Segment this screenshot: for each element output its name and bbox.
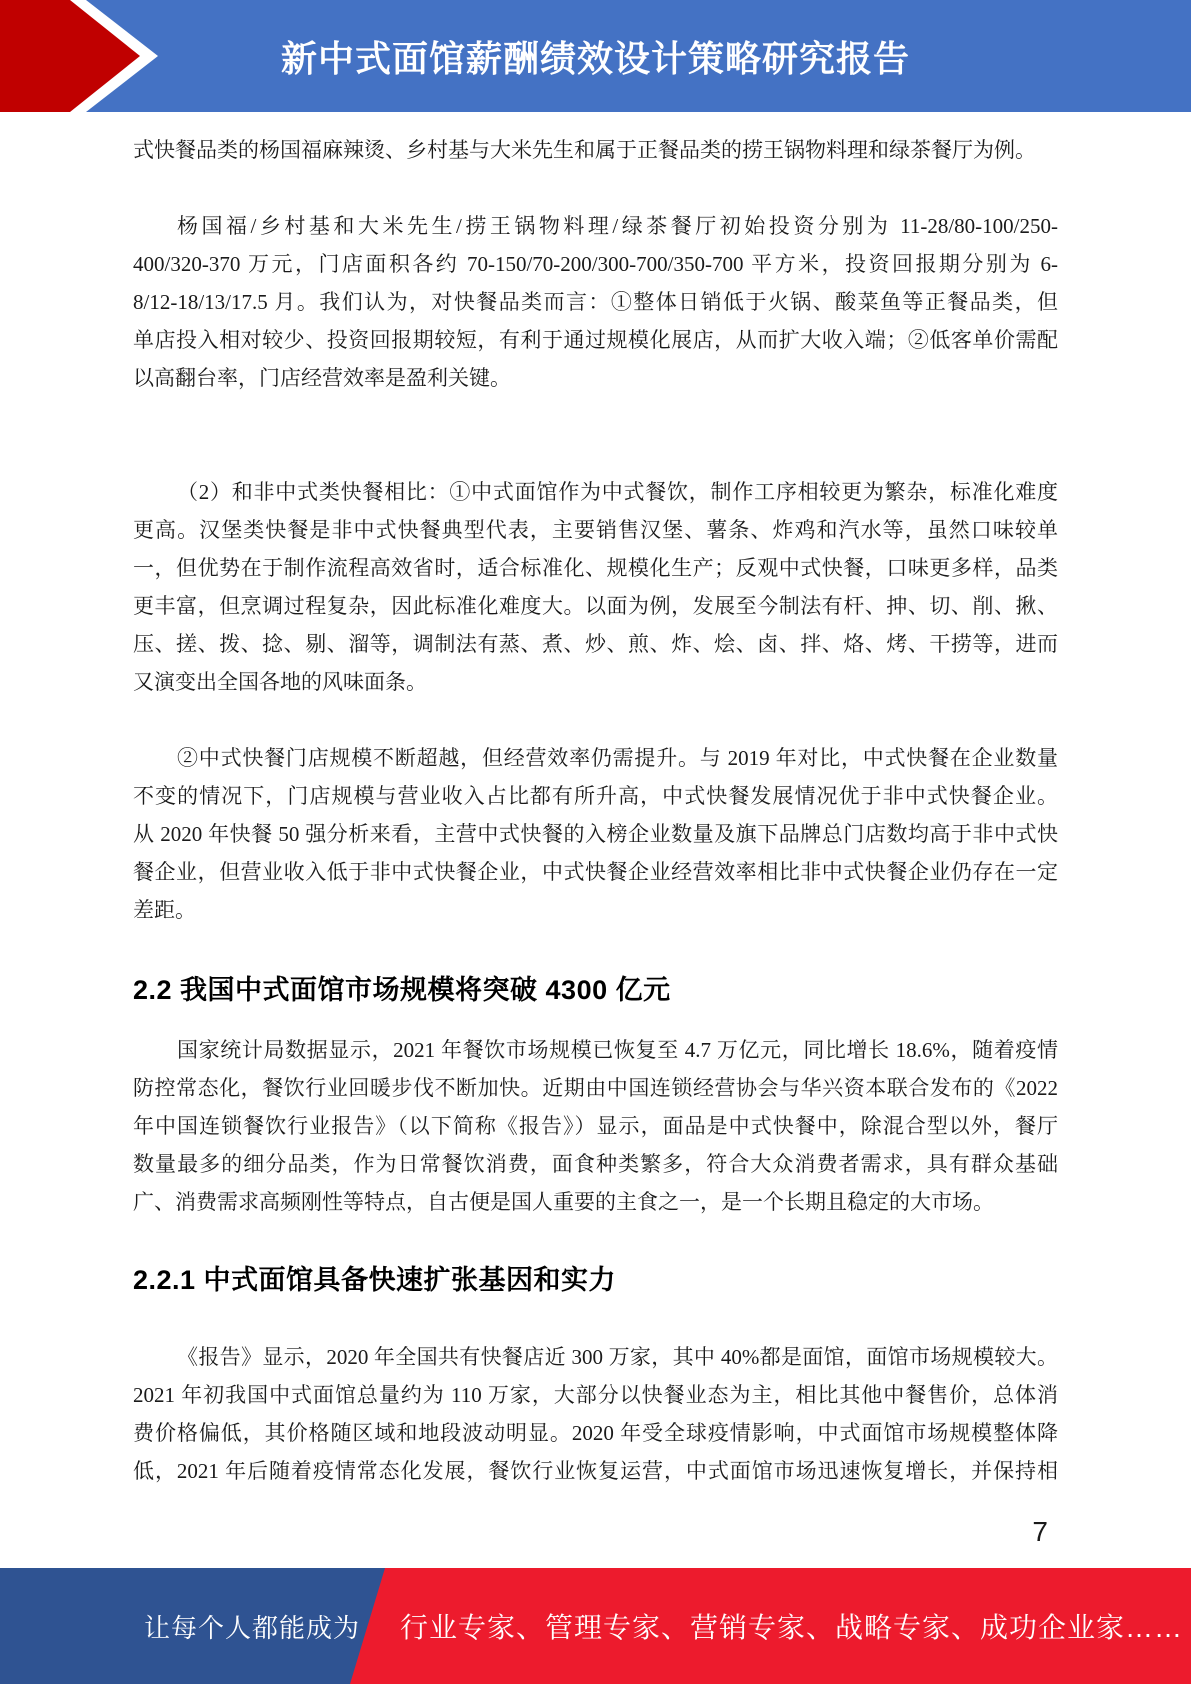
text-line: 以高翻台率，门店经营效率是盈利关键。 — [133, 359, 1058, 397]
text-line: 《报告》显示，2020 年全国共有快餐店近 300 万家，其中 40%都是面馆，… — [133, 1338, 1058, 1376]
text-line: 式快餐品类的杨国福麻辣烫、乡村基与大米先生和属于正餐品类的捞王锅物料理和绿茶餐厅… — [133, 131, 1058, 169]
text-line: 更高。汉堡类快餐是非中式快餐典型代表，主要销售汉堡、薯条、炸鸡和汽水等，虽然口味… — [133, 511, 1058, 549]
section-heading: 2.2.1 中式面馆具备快速扩张基因和实力 — [133, 1258, 1058, 1302]
text-line: 从 2020 年快餐 50 强分析来看，主营中式快餐的入榜企业数量及旗下品牌总门… — [133, 815, 1058, 853]
footer-left-text: 让每个人都能成为 — [144, 1568, 360, 1684]
text-line: 400/320-370 万元，门店面积各约 70-150/70-200/300-… — [133, 245, 1058, 283]
text-line: 数量最多的细分品类，作为日常餐饮消费，面食种类繁多，符合大众消费者需求，具有群众… — [133, 1145, 1058, 1183]
text-line: 餐企业，但营业收入低于非中式快餐企业，中式快餐企业经营效率相比非中式快餐企业仍存… — [133, 853, 1058, 891]
text-line: （2）和非中式类快餐相比：①中式面馆作为中式餐饮，制作工序相较更为繁杂，标准化难… — [133, 473, 1058, 511]
text-line: 年中国连锁餐饮行业报告》（以下简称《报告》）显示，面品是中式快餐中，除混合型以外… — [133, 1107, 1058, 1145]
text-line: 2021 年初我国中式面馆总量约为 110 万家，大部分以快餐业态为主，相比其他… — [133, 1376, 1058, 1414]
paragraph: 式快餐品类的杨国福麻辣烫、乡村基与大米先生和属于正餐品类的捞王锅物料理和绿茶餐厅… — [133, 131, 1058, 169]
text-line: 杨国福/乡村基和大米先生/捞王锅物料理/绿茶餐厅初始投资分别为 11-28/80… — [133, 207, 1058, 245]
text-line: 单店投入相对较少、投资回报期较短，有利于通过规模化展店，从而扩大收入端；②低客单… — [133, 321, 1058, 359]
text-line: 8/12-18/13/17.5 月。我们认为，对快餐品类而言：①整体日销低于火锅… — [133, 283, 1058, 321]
paragraph: 《报告》显示，2020 年全国共有快餐店近 300 万家，其中 40%都是面馆，… — [133, 1338, 1058, 1490]
text-line: 费价格偏低，其价格随区域和地段波动明显。2020 年受全球疫情影响，中式面馆市场… — [133, 1414, 1058, 1452]
text-line: 压、搓、拨、捻、剔、溜等，调制法有蒸、煮、炒、煎、炸、烩、卤、拌、烙、烤、干捞等… — [133, 625, 1058, 663]
paragraph: （2）和非中式类快餐相比：①中式面馆作为中式餐饮，制作工序相较更为繁杂，标准化难… — [133, 473, 1058, 701]
text-line: 低，2021 年后随着疫情常态化发展，餐饮行业恢复运营，中式面馆市场迅速恢复增长… — [133, 1452, 1058, 1490]
paragraph: 国家统计局数据显示，2021 年餐饮市场规模已恢复至 4.7 万亿元，同比增长 … — [133, 1031, 1058, 1221]
text-line: 又演变出全国各地的风味面条。 — [133, 663, 1058, 701]
text-line: 一，但优势在于制作流程高效省时，适合标准化、规模化生产；反观中式快餐，口味更多样… — [133, 549, 1058, 587]
document-body: 式快餐品类的杨国福麻辣烫、乡村基与大米先生和属于正餐品类的捞王锅物料理和绿茶餐厅… — [133, 0, 1058, 1551]
footer-right-text: 行业专家、管理专家、营销专家、战略专家、成功企业家…… — [400, 1568, 1183, 1684]
footer-bar: 让每个人都能成为 行业专家、管理专家、营销专家、战略专家、成功企业家…… — [0, 1568, 1191, 1684]
text-line: 更丰富，但烹调过程复杂，因此标准化难度大。以面为例，发展至今制法有杆、抻、切、削… — [133, 587, 1058, 625]
text-line: 防控常态化，餐饮行业回暖步伐不断加快。近期由中国连锁经营协会与华兴资本联合发布的… — [133, 1069, 1058, 1107]
section-heading: 2.2 我国中式面馆市场规模将突破 4300 亿元 — [133, 968, 1058, 1012]
page-number: 7 — [133, 1513, 1058, 1551]
text-line: ②中式快餐门店规模不断超越，但经营效率仍需提升。与 2019 年对比，中式快餐在… — [133, 739, 1058, 777]
text-line: 广、消费需求高频刚性等特点，自古便是国人重要的主食之一，是一个长期且稳定的大市场… — [133, 1183, 1058, 1221]
page: { "header": { "title": "新中式面馆薪酬绩效设计策略研究报… — [0, 0, 1191, 1684]
paragraph: 杨国福/乡村基和大米先生/捞王锅物料理/绿茶餐厅初始投资分别为 11-28/80… — [133, 207, 1058, 397]
text-line: 国家统计局数据显示，2021 年餐饮市场规模已恢复至 4.7 万亿元，同比增长 … — [133, 1031, 1058, 1069]
text-line: 不变的情况下，门店规模与营业收入占比都有所升高，中式快餐发展情况优于非中式快餐企… — [133, 777, 1058, 815]
text-line: 差距。 — [133, 891, 1058, 929]
paragraph: ②中式快餐门店规模不断超越，但经营效率仍需提升。与 2019 年对比，中式快餐在… — [133, 739, 1058, 929]
